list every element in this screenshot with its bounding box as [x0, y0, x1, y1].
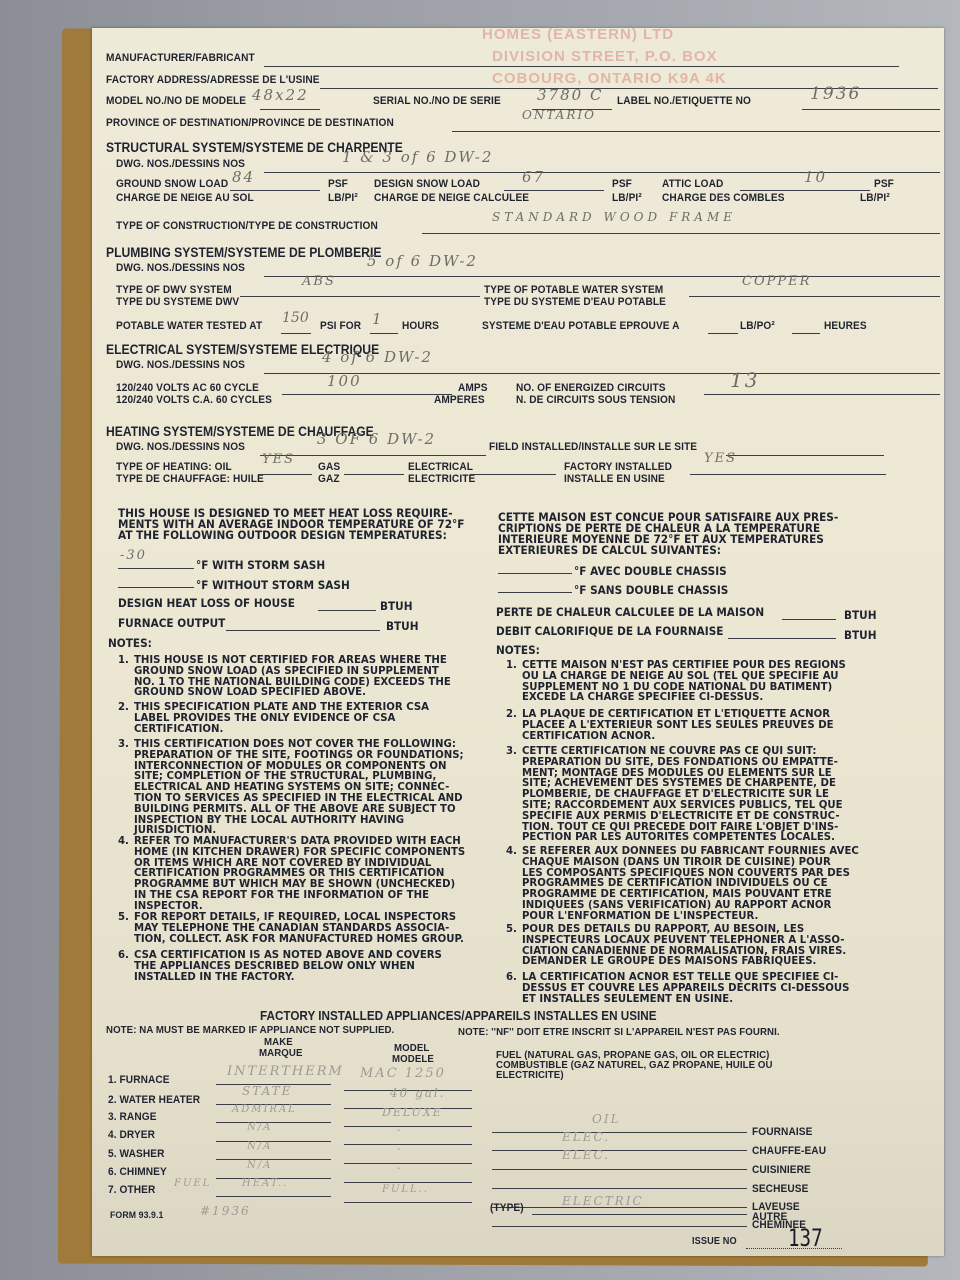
- label-no-value: 1936: [810, 84, 861, 104]
- row-label-fr: FOURNAISE: [752, 1126, 812, 1138]
- psf-unit: PSF: [874, 178, 894, 190]
- appliances-note-en: NOTE: NA MUST BE MARKED IF APPLIANCE NOT…: [106, 1024, 394, 1036]
- make-value: N/A: [247, 1122, 272, 1133]
- make-value: STATE: [242, 1084, 292, 1098]
- factory-installed-value: YES: [704, 451, 737, 466]
- lbpi-unit: LB/PI²: [860, 192, 890, 204]
- factory-installed-label: FACTORY INSTALLED: [564, 461, 672, 473]
- ground-snow-value: 84: [232, 168, 255, 186]
- make-value: ADMIRAL: [232, 1104, 297, 1115]
- model-value: DELUXE: [382, 1106, 443, 1119]
- design-snow-value: 67: [522, 168, 545, 186]
- dwv-label-fr: TYPE DU SYSTEME DWV: [116, 296, 239, 308]
- manufacturer-stamp-line2: DIVISION STREET, P.O. BOX: [492, 48, 718, 65]
- col-fuel: FUEL (NATURAL GAS, PROPANE GAS, OIL OR E…: [496, 1050, 773, 1080]
- form-handwritten: #1936: [200, 1204, 251, 1218]
- model-value: -: [397, 1144, 402, 1155]
- manufacturer-label: MANUFACTURER/FABRICANT: [106, 52, 255, 64]
- factory-address-label: FACTORY ADDRESS/ADRESSE DE L'USINE: [106, 74, 320, 86]
- amps-label: AMPS: [458, 382, 488, 394]
- notes-en-title: NOTES:: [108, 638, 152, 649]
- col-make-fr: MARQUE: [259, 1047, 302, 1059]
- appliances-note-fr: NOTE: ''NF'' DOIT ETRE INSCRIT SI L'APPA…: [458, 1026, 780, 1038]
- btuh-label: BTUH: [380, 601, 413, 612]
- row-label: 1. FURNACE: [108, 1074, 170, 1086]
- dwv-label: TYPE OF DWV SYSTEM: [116, 284, 232, 296]
- with-sash-value: -30: [120, 548, 147, 563]
- amps-value: 100: [327, 372, 362, 390]
- attic-load-label: ATTIC LOAD: [662, 178, 723, 190]
- attic-load-label-fr: CHARGE DES COMBLES: [662, 192, 785, 204]
- heating-dwg-value: 3 OF 6 DW-2: [317, 430, 436, 448]
- note-fr-3: 3.CETTE CERTIFICATION NE COUVRE PAS CE Q…: [506, 746, 863, 843]
- potable-value: COPPER: [742, 274, 811, 289]
- ground-snow-label: GROUND SNOW LOAD: [116, 178, 228, 190]
- design-snow-label: DESIGN SNOW LOAD: [374, 178, 480, 190]
- structural-dwg-value: 1 & 3 of 6 DW-2: [342, 148, 493, 166]
- perte-chaleur-label: PERTE DE CHALEUR CALCULEE DE LA MAISON: [496, 607, 764, 618]
- water-tested-label-fr: SYSTEME D'EAU POTABLE EPROUVE A: [482, 320, 680, 332]
- province-label: PROVINCE OF DESTINATION/PROVINCE DE DEST…: [106, 117, 394, 129]
- row-label-fr: CUISINIERE: [752, 1164, 811, 1176]
- construction-type-label: TYPE OF CONSTRUCTION/TYPE DE CONSTRUCTIO…: [116, 220, 378, 232]
- construction-type-value: STANDARD WOOD FRAME: [492, 210, 736, 224]
- heures-label: HEURES: [824, 320, 867, 332]
- make-value: N/A: [247, 1141, 272, 1152]
- btuh-label: BTUH: [844, 630, 877, 641]
- issue-number: 137: [788, 1224, 823, 1252]
- notes-fr-title: NOTES:: [496, 645, 540, 656]
- note-en-3: 3.THIS CERTIFICATION DOES NOT COVER THE …: [118, 739, 466, 836]
- field-installed-label: FIELD INSTALLED/INSTALLE SUR LE SITE: [489, 441, 697, 453]
- water-tested-psi: 150: [282, 310, 309, 326]
- hours-label: HOURS: [402, 320, 439, 332]
- heat-loss-label: DESIGN HEAT LOSS OF HOUSE: [118, 598, 295, 609]
- sans-chassis-label: °F SANS DOUBLE CHASSIS: [574, 585, 728, 596]
- structural-dwg-label: DWG. NOS./DESSINS NOS: [116, 158, 245, 170]
- debit-calorifique-label: DEBIT CALORIFIQUE DE LA FOURNAISE: [496, 626, 723, 637]
- row-label: 4. DRYER: [108, 1129, 155, 1141]
- ground-snow-label-fr: CHARGE DE NEIGE AU SOL: [116, 192, 254, 204]
- serial-label: SERIAL NO./NO DE SERIE: [373, 95, 501, 107]
- fuel-value: ELEC.: [562, 1148, 610, 1162]
- row-label: 6. CHIMNEY: [108, 1166, 167, 1178]
- lbpi-unit: LB/PI²: [328, 192, 358, 204]
- avec-chassis-label: °F AVEC DOUBLE CHASSIS: [574, 566, 727, 577]
- note-fr-4: 4.SE REFERER AUX DONNEES DU FABRICANT FO…: [506, 846, 863, 922]
- serial-value: 3780 C: [537, 86, 603, 104]
- circuits-label: NO. OF ENERGIZED CIRCUITS: [516, 382, 666, 394]
- fuel-value: ELECTRIC: [562, 1194, 644, 1208]
- design-snow-label-fr: CHARGE DE NEIGE CALCULEE: [374, 192, 529, 204]
- electrical-label: ELECTRICAL: [408, 461, 473, 473]
- electricite-label: ELECTRICITE: [408, 473, 475, 485]
- other-note: FUEL: [174, 1178, 211, 1189]
- gas-label: GAS: [318, 461, 340, 473]
- type-label: (TYPE): [490, 1202, 524, 1214]
- attic-load-value: 10: [804, 168, 827, 186]
- form-number: FORM 93.9.1: [110, 1210, 163, 1221]
- electrical-dwg-label: DWG. NOS./DESSINS NOS: [116, 359, 245, 371]
- furnace-output-label: FURNACE OUTPUT: [118, 618, 225, 629]
- btuh-label: BTUH: [386, 621, 419, 632]
- row-label-fr: AUTRE: [752, 1211, 787, 1223]
- fuel-value: OIL: [592, 1112, 621, 1126]
- row-label: 2. WATER HEATER: [108, 1094, 200, 1106]
- psf-unit: PSF: [612, 178, 632, 190]
- factory-installed-label-fr: INSTALLE EN USINE: [564, 473, 665, 485]
- plumbing-dwg-value: 5 of 6 DW-2: [367, 252, 478, 270]
- label-no-label: LABEL NO./ETIQUETTE NO: [617, 95, 751, 107]
- model-value: MAC 1250: [360, 1066, 446, 1081]
- model-value: -: [397, 1125, 402, 1136]
- note-fr-2: 2.LA PLAQUE DE CERTIFICATION ET L'ETIQUE…: [506, 709, 863, 741]
- dwv-value: ABS: [302, 274, 336, 289]
- plumbing-title: PLUMBING SYSTEM/SYSTEME DE PLOMBERIE: [106, 245, 381, 260]
- electrical-dwg-value: 4 of 6 DW-2: [322, 348, 433, 366]
- make-value: HEAT..: [242, 1178, 288, 1189]
- note-en-5: 5.FOR REPORT DETAILS, IF REQUIRED, LOCAL…: [118, 912, 466, 944]
- province-value: ONTARIO: [522, 108, 596, 122]
- model-value: 48x22: [252, 86, 309, 104]
- fuel-value: ELEC.: [562, 1130, 610, 1144]
- potable-label-fr: TYPE DU SYSTEME D'EAU POTABLE: [484, 296, 666, 308]
- amperes-label: AMPERES: [434, 394, 485, 406]
- certification-plate: HOMES (EASTERN) LTD DIVISION STREET, P.O…: [92, 28, 944, 1256]
- without-sash-label: °F WITHOUT STORM SASH: [196, 580, 350, 591]
- heating-type-label-fr: TYPE DE CHAUFFAGE: HUILE: [116, 473, 264, 485]
- oil-value: YES: [262, 452, 295, 467]
- note-fr-5: 5.POUR DES DETAILS DU RAPPORT, AU BESOIN…: [506, 924, 863, 967]
- lbpi-unit: LB/PI²: [612, 192, 642, 204]
- potable-label: TYPE OF POTABLE WATER SYSTEM: [484, 284, 663, 296]
- heating-type-label: TYPE OF HEATING: OIL: [116, 461, 232, 473]
- psi-for-label: PSI FOR: [320, 320, 361, 332]
- with-sash-label: °F WITH STORM SASH: [196, 560, 325, 571]
- circuits-label-fr: N. DE CIRCUITS SOUS TENSION: [516, 394, 675, 406]
- plumbing-dwg-label: DWG. NOS./DESSINS NOS: [116, 262, 245, 274]
- circuits-value: 13: [730, 368, 759, 392]
- model-label: MODEL NO./NO DE MODELE: [106, 95, 246, 107]
- make-value: INTERTHERM: [227, 1064, 344, 1079]
- note-en-6: 6.CSA CERTIFICATION IS AS NOTED ABOVE AN…: [118, 950, 466, 982]
- model-value: -: [397, 1163, 402, 1174]
- row-label: 3. RANGE: [108, 1111, 157, 1123]
- make-value: N/A: [247, 1160, 272, 1171]
- volts-label-fr: 120/240 VOLTS C.A. 60 CYCLES: [116, 394, 272, 406]
- volts-label: 120/240 VOLTS AC 60 CYCLE: [116, 382, 259, 394]
- manufacturer-stamp-line1: HOMES (EASTERN) LTD: [482, 26, 674, 43]
- row-label-fr: CHAUFFE-EAU: [752, 1145, 826, 1157]
- issue-label: ISSUE NO: [692, 1236, 737, 1247]
- lbpo-label: LB/PO²: [740, 320, 775, 332]
- design-temp-intro-fr: CETTE MAISON EST CONCUE POUR SATISFAIRE …: [498, 512, 870, 556]
- col-model-fr: MODELE: [392, 1053, 434, 1065]
- btuh-label: BTUH: [844, 610, 877, 621]
- heating-dwg-label: DWG. NOS./DESSINS NOS: [116, 441, 245, 453]
- note-en-4: 4.REFER TO MANUFACTURER'S DATA PROVIDED …: [118, 836, 466, 912]
- design-temp-intro-en: THIS HOUSE IS DESIGNED TO MEET HEAT LOSS…: [118, 508, 471, 541]
- note-en-1: 1.THIS HOUSE IS NOT CERTIFIED FOR AREAS …: [118, 655, 466, 698]
- manufacturer-stamp-line3: COBOURG, ONTARIO K9A 4K: [492, 70, 727, 87]
- gaz-label: GAZ: [318, 473, 340, 485]
- water-tested-label: POTABLE WATER TESTED AT: [116, 320, 262, 332]
- psf-unit: PSF: [328, 178, 348, 190]
- note-fr-6: 6.LA CERTIFICATION ACNOR EST TELLE QUE S…: [506, 972, 863, 1004]
- row-label: 5. WASHER: [108, 1148, 165, 1160]
- row-label-fr: SECHEUSE: [752, 1183, 808, 1195]
- appliances-title: FACTORY INSTALLED APPLIANCES/APPAREILS I…: [260, 1008, 657, 1023]
- model-value: FULL..: [382, 1184, 429, 1195]
- row-label: 7. OTHER: [108, 1184, 155, 1196]
- note-fr-1: 1.CETTE MAISON N'EST PAS CERTIFIEE POUR …: [506, 660, 863, 703]
- model-value: 40 gal.: [390, 1086, 446, 1100]
- water-tested-hours: 1: [372, 310, 384, 328]
- note-en-2: 2.THIS SPECIFICATION PLATE AND THE EXTER…: [118, 702, 466, 734]
